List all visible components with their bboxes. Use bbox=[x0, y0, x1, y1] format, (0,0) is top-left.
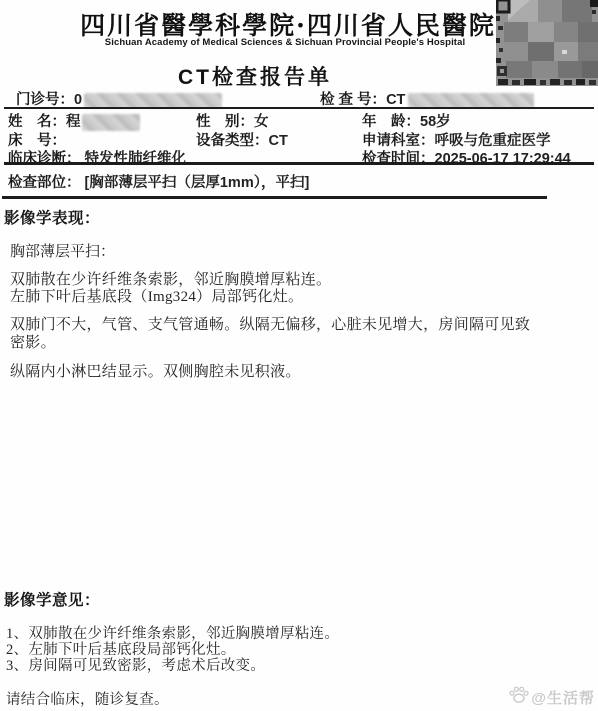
divider-patient bbox=[4, 162, 594, 165]
hospital-name-en: Sichuan Academy of Medical Sciences & Si… bbox=[60, 37, 510, 48]
outpatient-no-field: 门诊号：0 bbox=[16, 88, 222, 109]
age-label: 年 龄： bbox=[362, 114, 420, 130]
ct-report-page: 四川省醫學科學院·四川省人民醫院 Sichuan Academy of Medi… bbox=[0, 0, 598, 711]
impression-footer: 请结合临床，随诊复查。 bbox=[6, 688, 169, 709]
diagnosis-field: 临床诊断： 特发性肺纤维化 bbox=[8, 147, 186, 168]
gender-label: 性 别： bbox=[196, 114, 254, 130]
findings-line-1: 双肺散在少许纤维条索影，邻近胸膜增厚粘连。 bbox=[10, 272, 585, 289]
exam-part-value: [胸部薄层平扫（层厚1mm），平扫] bbox=[85, 175, 310, 191]
outpatient-no-redacted bbox=[84, 93, 222, 108]
impression-heading: 影像学意见： bbox=[4, 588, 100, 610]
watermark-text: @生活帮 bbox=[531, 687, 595, 708]
watermark: @生活帮 bbox=[509, 686, 595, 708]
qr-code-icon bbox=[496, 0, 598, 86]
impression-item-1: 1、双肺散在少许纤维条索影，邻近胸膜增厚粘连。 bbox=[6, 626, 339, 642]
exam-no-prefix: CT bbox=[386, 92, 405, 108]
findings-paragraph-2: 双肺门不大，气管、支气管通畅。纵隔无偏移，心脏未见增大，房间隔可见致密影。 bbox=[10, 317, 538, 352]
impression-item-2: 2、左肺下叶后基底段局部钙化灶。 bbox=[6, 642, 339, 658]
gender-value: 女 bbox=[254, 114, 269, 130]
findings-heading: 影像学表现： bbox=[4, 206, 100, 228]
patient-row-1: 姓 名：程 性 别：女 年 龄：58岁 bbox=[0, 110, 598, 129]
findings-subheading: 胸部薄层平扫： bbox=[10, 240, 115, 261]
exam-time-label: 检查时间： bbox=[362, 151, 435, 167]
findings-line-2: 左肺下叶后基底段（Img324）局部钙化灶。 bbox=[10, 289, 585, 306]
exam-part-label: 检查部位： bbox=[8, 175, 81, 191]
gender-field: 性 别：女 bbox=[196, 110, 269, 131]
exam-no-label: 检 查 号： bbox=[320, 92, 386, 108]
name-field: 姓 名：程 bbox=[8, 110, 140, 131]
patient-row-2: 床 号： 设备类型：CT 申请科室：呼吸与危重症医学 bbox=[0, 129, 598, 148]
outpatient-no-prefix: 0 bbox=[74, 92, 82, 108]
exam-time-value: 2025-06-17 17:29:44 bbox=[435, 151, 571, 167]
findings-paragraph-1: 双肺散在少许纤维条索影，邻近胸膜增厚粘连。 左肺下叶后基底段（Img324）局部… bbox=[10, 272, 585, 306]
diagnosis-label: 临床诊断： bbox=[8, 151, 81, 167]
meta-row: 门诊号：0 检 查 号：CT bbox=[0, 88, 598, 108]
divider-exam-part bbox=[2, 196, 547, 199]
impression-item-3: 3、房间隔可见致密影，考虑术后改变。 bbox=[6, 658, 339, 674]
age-field: 年 龄：58岁 bbox=[362, 110, 598, 131]
diagnosis-value: 特发性肺纤维化 bbox=[85, 151, 187, 167]
outpatient-no-label: 门诊号： bbox=[16, 92, 74, 108]
name-value: 程 bbox=[66, 114, 81, 130]
exam-time-field: 检查时间：2025-06-17 17:29:44 bbox=[362, 147, 598, 168]
paw-icon bbox=[509, 686, 529, 708]
exam-part-field: 检查部位： [胸部薄层平扫（层厚1mm），平扫] bbox=[8, 171, 309, 192]
exam-no-redacted bbox=[408, 93, 534, 108]
divider-top bbox=[4, 107, 594, 109]
impression-list: 1、双肺散在少许纤维条索影，邻近胸膜增厚粘连。 2、左肺下叶后基底段局部钙化灶。… bbox=[6, 626, 339, 674]
report-title: CT检查报告单 bbox=[0, 61, 510, 91]
age-value: 58岁 bbox=[420, 114, 451, 130]
name-label: 姓 名： bbox=[8, 114, 66, 130]
exam-no-field: 检 查 号：CT bbox=[320, 88, 534, 109]
findings-paragraph-3: 纵隔内小淋巴结显示。双侧胸腔未见积液。 bbox=[10, 364, 585, 381]
